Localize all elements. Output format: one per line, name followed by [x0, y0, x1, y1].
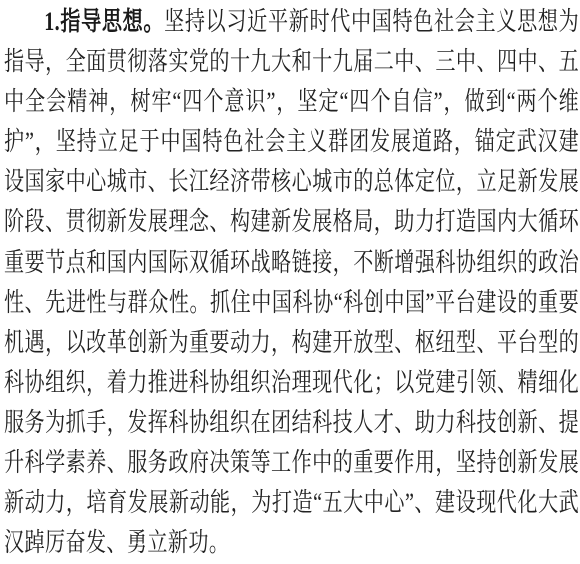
paragraph-body-text: 坚持以习近平新时代中国特色社会主义思想为指导，全面贯彻落实党的十九大和十九届二中… [4, 7, 579, 557]
paragraph-lead-heading: 1.指导思想。 [44, 7, 164, 36]
paragraph: 1.指导思想。坚持以习近平新时代中国特色社会主义思想为指导，全面贯彻落实党的十九… [4, 2, 579, 563]
document-page: 1.指导思想。坚持以习近平新时代中国特色社会主义思想为指导，全面贯彻落实党的十九… [0, 0, 580, 564]
